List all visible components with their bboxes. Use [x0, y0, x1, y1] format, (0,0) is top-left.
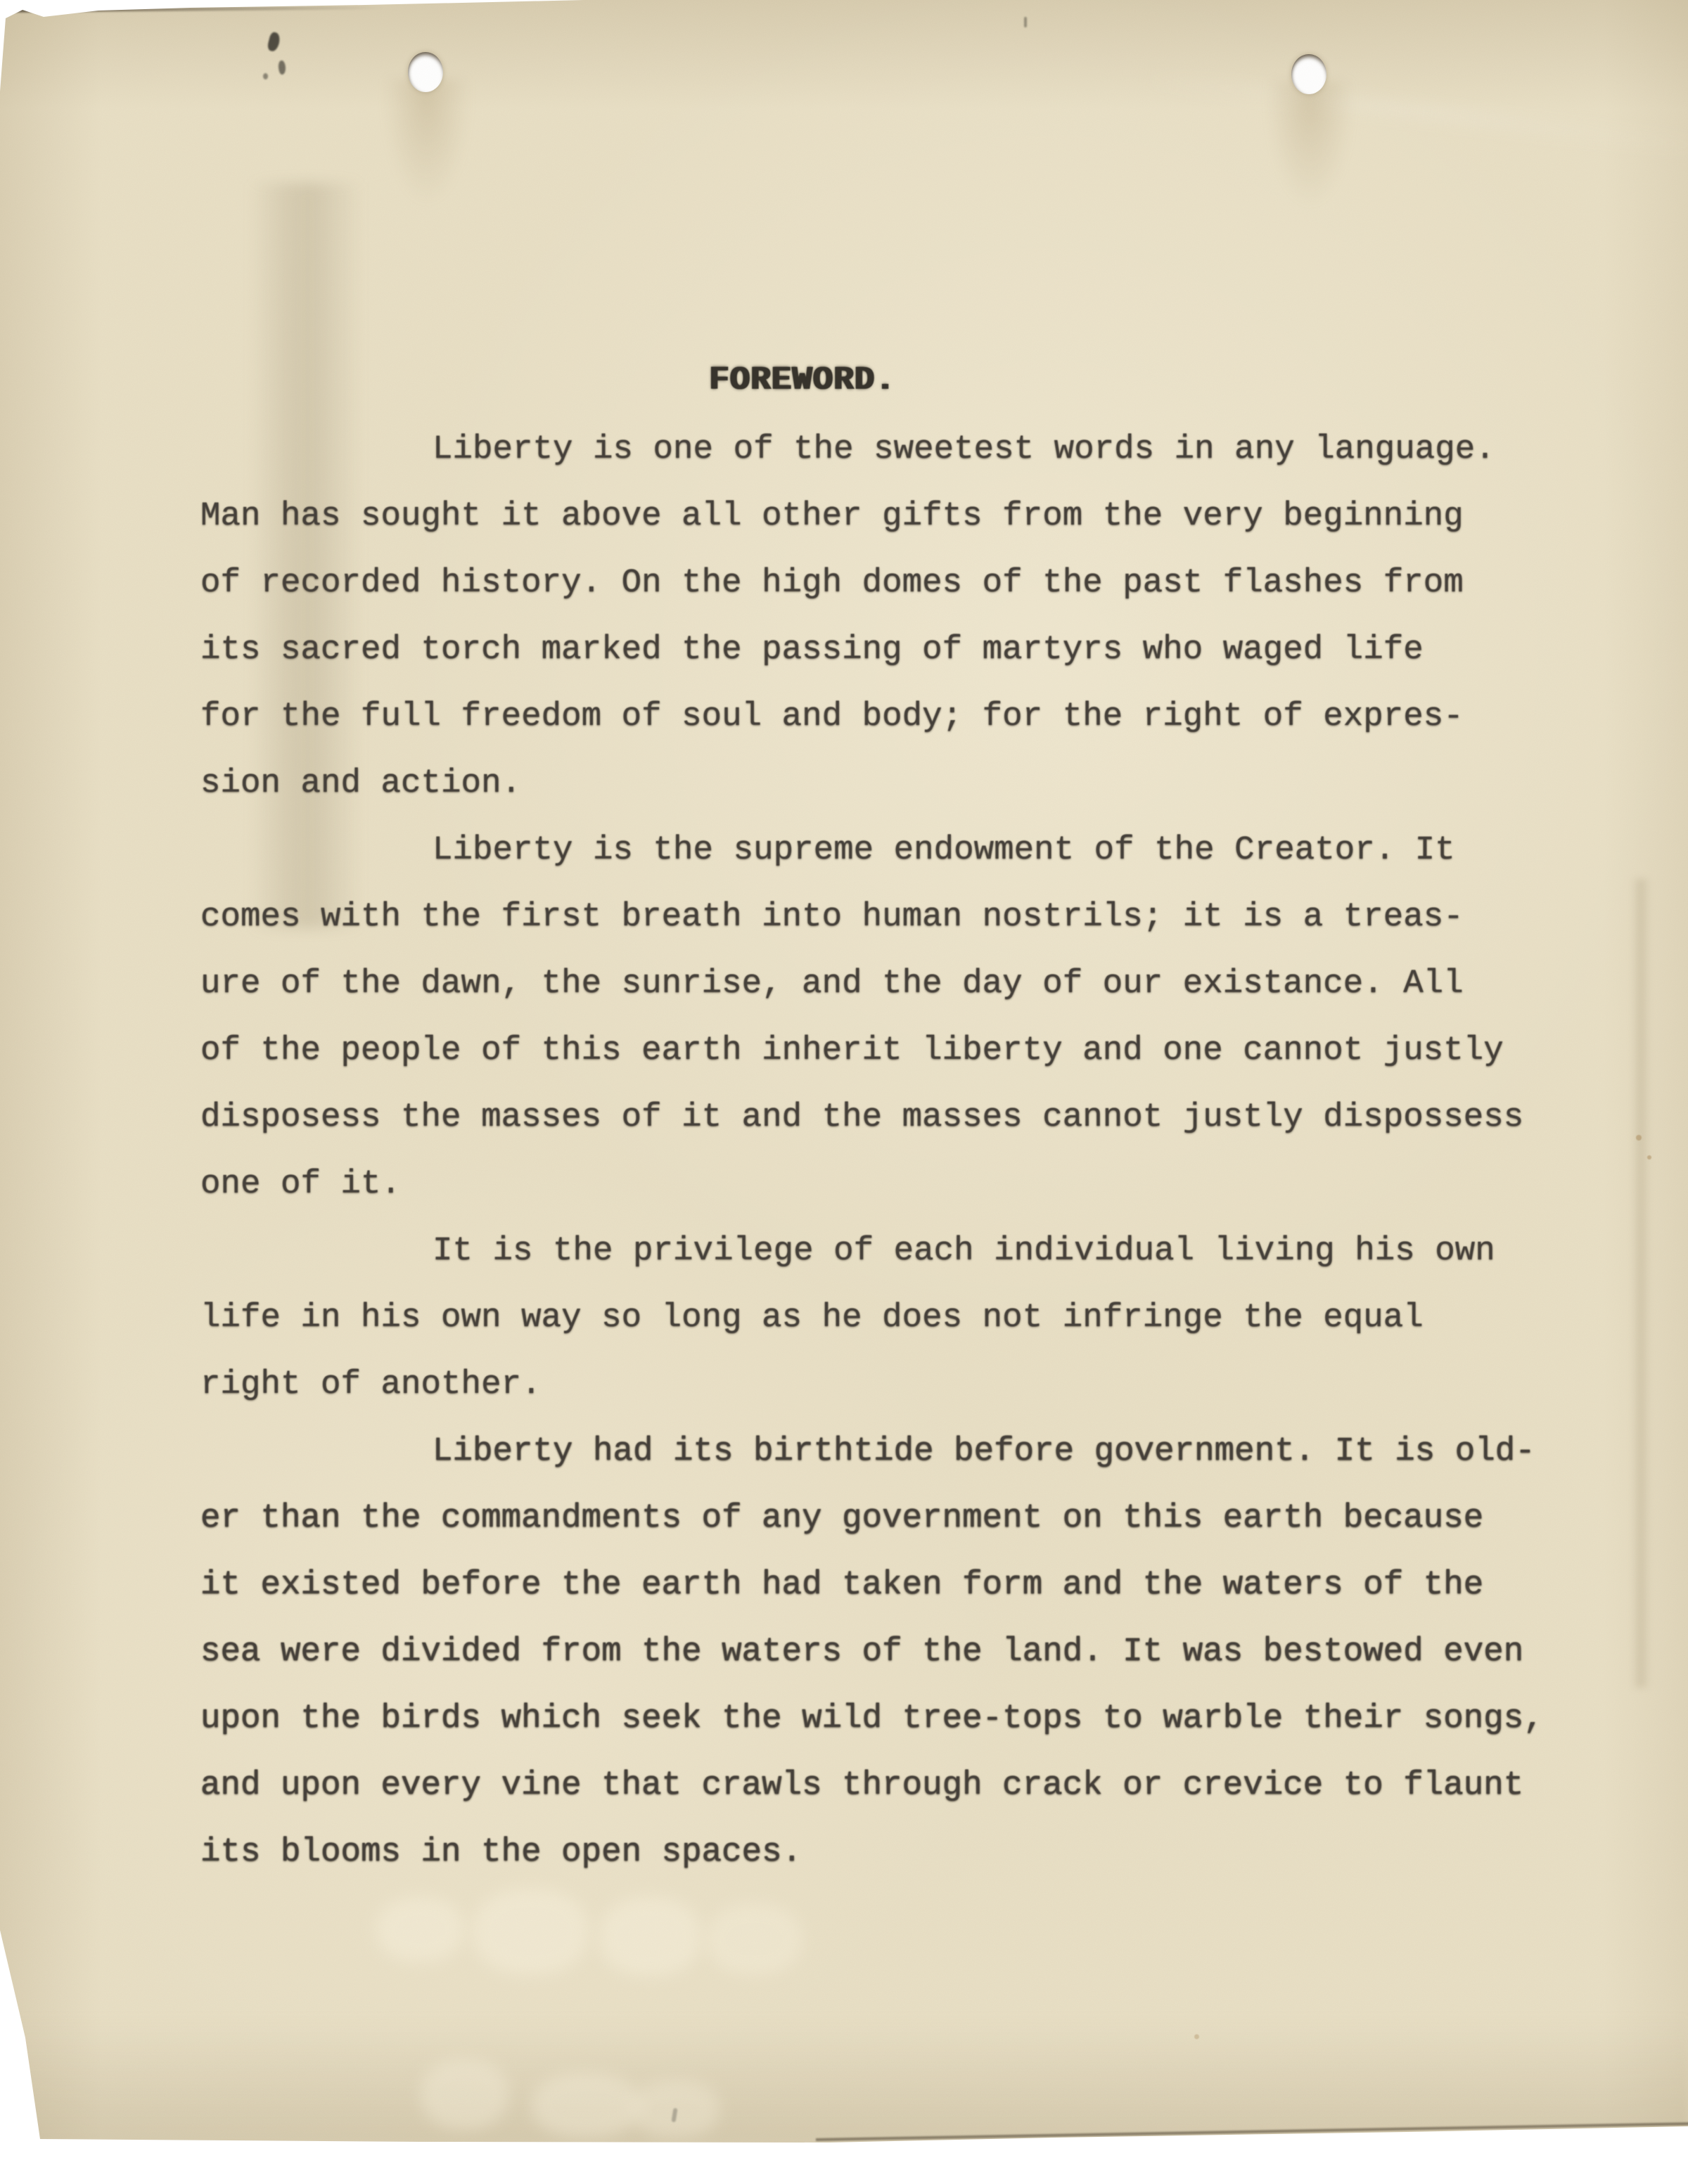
ink-smudge: [267, 32, 281, 53]
text-line: Liberty had its birthtide before governm…: [200, 1418, 1593, 1485]
scanned-paper-page: FOREWORD. Liberty is one of the sweetest…: [0, 0, 1688, 2184]
text-line: sion and action.: [200, 750, 1593, 817]
paper-crease-right: [1632, 879, 1650, 1688]
text-line: comes with the first breath into human n…: [200, 884, 1593, 951]
document-title: FOREWORD.: [709, 361, 896, 399]
punch-hole-left: [408, 52, 443, 92]
text-line: for the full freedom of soul and body; f…: [200, 683, 1593, 750]
text-line: Liberty is one of the sweetest words in …: [200, 416, 1593, 483]
text-line: er than the commandments of any governme…: [200, 1485, 1593, 1552]
text-line: upon the birds which seek the wild tree-…: [200, 1685, 1593, 1752]
paper-bottom-shade: [0, 2011, 1688, 2145]
text-line: life in his own way so long as he does n…: [200, 1285, 1593, 1351]
paper-freckle: [1647, 1155, 1651, 1160]
text-line: Liberty is the supreme endowment of the …: [200, 817, 1593, 884]
text-line: of the people of this earth inherit libe…: [200, 1017, 1593, 1084]
text-line: it existed before the earth had taken fo…: [200, 1552, 1593, 1619]
paragraph: It is the privilege of each individual l…: [200, 1218, 1593, 1418]
ink-smudge: [278, 60, 287, 75]
text-line: its blooms in the open spaces.: [200, 1819, 1593, 1886]
typewritten-text-block: Liberty is one of the sweetest words in …: [200, 416, 1593, 1886]
paper-freckle: [1636, 1135, 1642, 1141]
text-line: its sacred torch marked the passing of m…: [200, 617, 1593, 683]
bleedthrough-ghost: [632, 2080, 720, 2138]
torn-top-edge: [0, 6, 383, 13]
paragraph: Liberty is the supreme endowment of the …: [200, 817, 1593, 1218]
paragraph: Liberty is one of the sweetest words in …: [200, 416, 1593, 817]
paper-crease-topright: [1141, 70, 1688, 156]
text-line: Man has sought it above all other gifts …: [200, 483, 1593, 550]
punch-hole-right: [1291, 54, 1326, 94]
bleedthrough-ghost: [473, 1889, 589, 1974]
text-line: and upon every vine that crawls through …: [200, 1752, 1593, 1819]
text-line: disposess the masses of it and the masse…: [200, 1084, 1593, 1151]
text-line: ure of the dawn, the sunrise, and the da…: [200, 951, 1593, 1017]
text-line: right of another.: [200, 1351, 1593, 1418]
bleedthrough-ghost: [599, 1897, 701, 1976]
paper-speck: [1024, 17, 1027, 27]
paper-freckle: [1194, 2034, 1199, 2039]
paragraph: Liberty had its birthtide before governm…: [200, 1418, 1593, 1886]
bleedthrough-ghost: [707, 1904, 802, 1974]
ink-smudge: [263, 73, 268, 79]
text-line: of recorded history. On the high domes o…: [200, 550, 1593, 617]
punch-hole-crease-right: [1251, 81, 1370, 355]
bleedthrough-ghost: [532, 2073, 641, 2138]
punch-hole-crease-left: [367, 79, 487, 353]
bleedthrough-ghost: [376, 1897, 464, 1962]
text-line: one of it.: [200, 1151, 1593, 1218]
text-line: It is the privilege of each individual l…: [200, 1218, 1593, 1285]
bleedthrough-ghost: [421, 2059, 509, 2129]
text-line: sea were divided from the waters of the …: [200, 1619, 1593, 1685]
